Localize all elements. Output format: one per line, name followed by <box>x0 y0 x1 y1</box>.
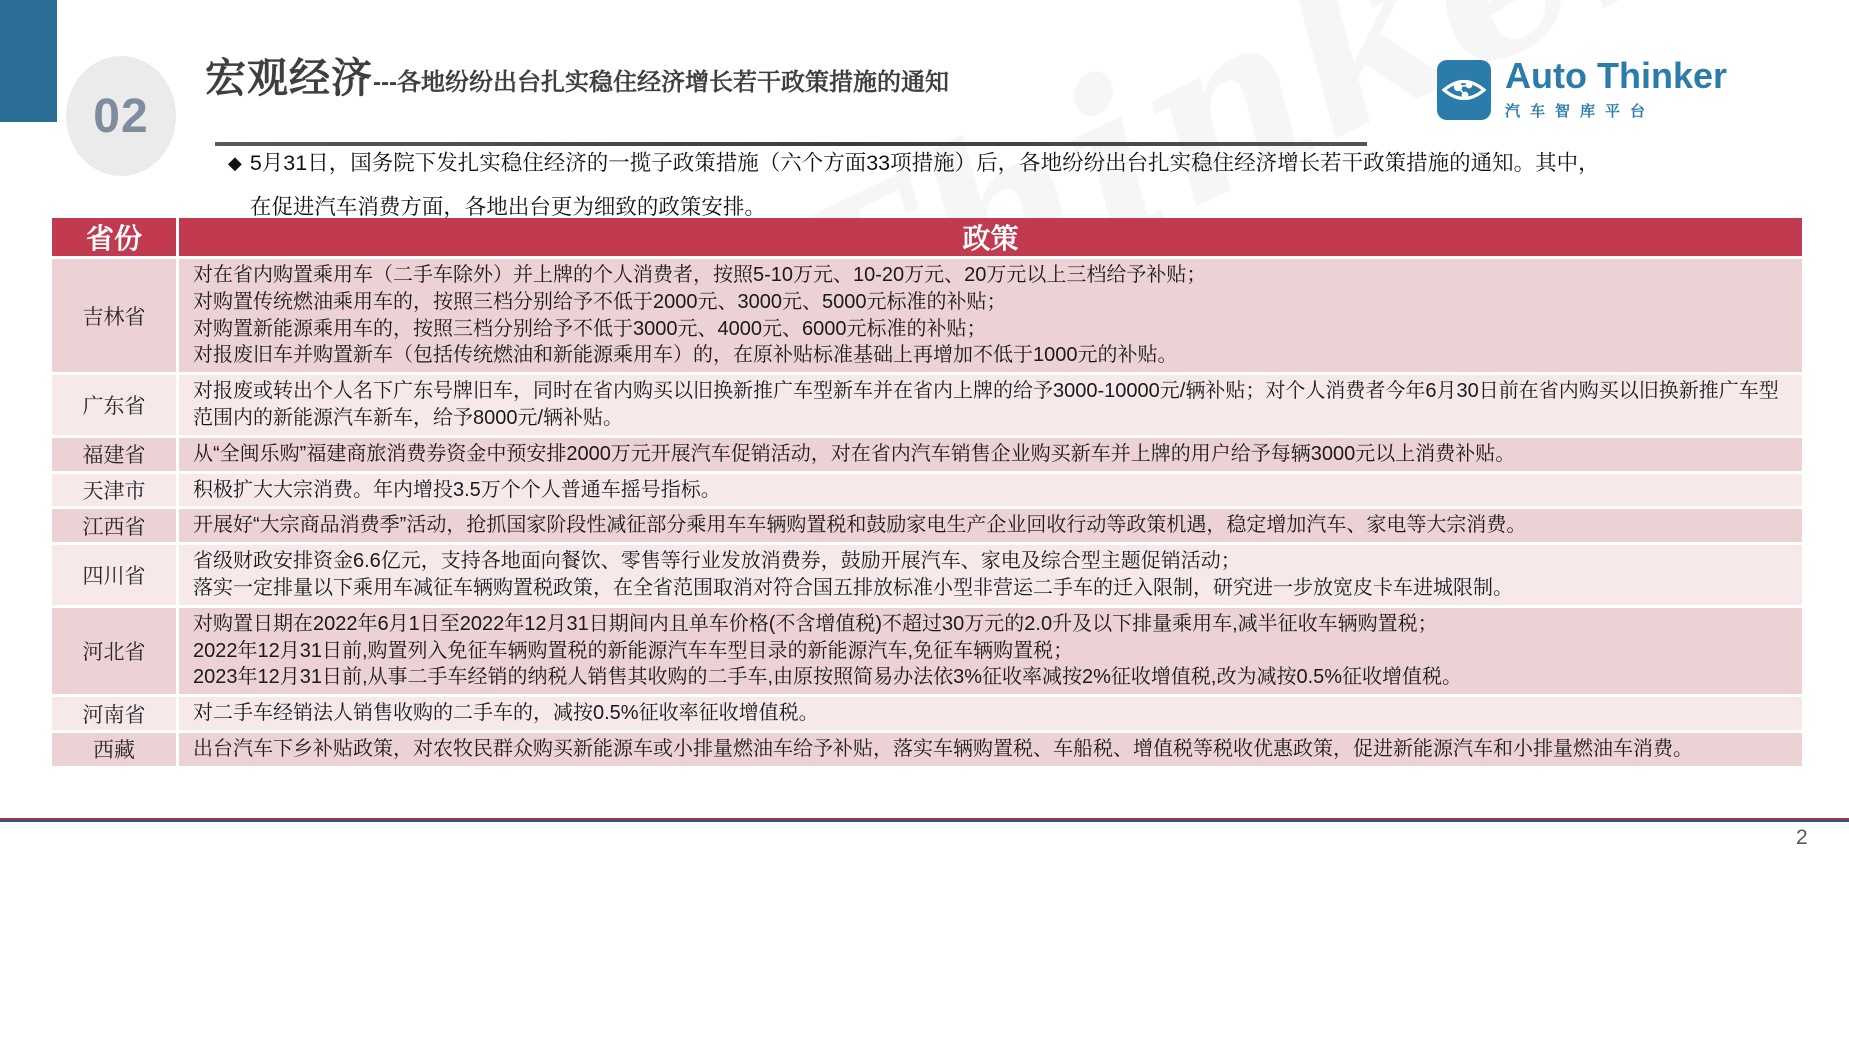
section-number-badge: 02 <box>66 56 176 176</box>
policy-table: 省份 政策 吉林省 对在省内购置乘用车（二手车除外）并上牌的个人消费者，按照5-… <box>52 218 1802 766</box>
table-row-province: 江西省 <box>52 509 176 542</box>
corner-accent-bar <box>0 0 57 122</box>
footer-divider <box>0 818 1849 822</box>
policy-line: 对购置日期在2022年6月1日至2022年12月31日期间内且单车价格(不含增值… <box>193 611 1788 638</box>
policy-line: 从“全闽乐购”福建商旅消费券资金中预安排2000万元开展汽车促销活动，对在省内汽… <box>193 441 1788 468</box>
page-header: 宏观经济 ---各地纷纷出台扎实稳住经济增长若干政策措施的通知 <box>205 58 949 99</box>
table-row-policy: 对在省内购置乘用车（二手车除外）并上牌的个人消费者，按照5-10万元、10-20… <box>179 259 1802 372</box>
table-header-policy: 政策 <box>179 218 1802 256</box>
slide: Auto Thinker 02 宏观经济 ---各地纷纷出台扎实稳住经济增长若干… <box>0 0 1849 1040</box>
policy-line: 出台汽车下乡补贴政策，对农牧民群众购买新能源车或小排量燃油车给予补贴，落实车辆购… <box>193 736 1788 763</box>
policy-line: 对报废或转出个人名下广东号牌旧车，同时在省内购买以旧换新推广车型新车并在省内上牌… <box>193 378 1788 432</box>
policy-line: 省级财政安排资金6.6亿元，支持各地面向餐饮、零售等行业发放消费券，鼓励开展汽车… <box>193 548 1788 575</box>
table-row-policy: 对购置日期在2022年6月1日至2022年12月31日期间内且单车价格(不含增值… <box>179 608 1802 694</box>
table-row-policy: 出台汽车下乡补贴政策，对农牧民群众购买新能源车或小排量燃油车给予补贴，落实车辆购… <box>179 733 1802 766</box>
policy-line: 开展好“大宗商品消费季”活动，抢抓国家阶段性减征部分乘用车车辆购置税和鼓励家电生… <box>193 512 1788 539</box>
table-row-province: 广东省 <box>52 375 176 435</box>
page-title: 宏观经济 <box>205 58 373 99</box>
logo-name: Auto Thinker <box>1505 58 1727 94</box>
table-row-policy: 积极扩大大宗消费。年内增投3.5万个个人普通车摇号指标。 <box>179 474 1802 507</box>
diamond-bullet-icon: ◆ <box>228 147 242 223</box>
logo-text: Auto Thinker 汽车智库平台 <box>1505 58 1727 121</box>
table-row-policy: 开展好“大宗商品消费季”活动，抢抓国家阶段性减征部分乘用车车辆购置税和鼓励家电生… <box>179 509 1802 542</box>
policy-line: 对购置新能源乘用车的，按照三档分别给予不低于3000元、4000元、6000元标… <box>193 316 1788 343</box>
brand-logo: Auto Thinker 汽车智库平台 <box>1437 58 1727 121</box>
title-underline <box>215 142 1367 146</box>
table-row-province: 吉林省 <box>52 259 176 372</box>
table-row-policy: 省级财政安排资金6.6亿元，支持各地面向餐饮、零售等行业发放消费券，鼓励开展汽车… <box>179 545 1802 605</box>
table-row-province: 四川省 <box>52 545 176 605</box>
intro-line-1: 5月31日，国务院下发扎实稳住经济的一揽子政策措施（六个方面33项措施）后，各地… <box>250 147 1600 179</box>
table-row-policy: 从“全闽乐购”福建商旅消费券资金中预安排2000万元开展汽车促销活动，对在省内汽… <box>179 438 1802 471</box>
policy-line: 对在省内购置乘用车（二手车除外）并上牌的个人消费者，按照5-10万元、10-20… <box>193 262 1788 289</box>
policy-line: 对购置传统燃油乘用车的，按照三档分别给予不低于2000元、3000元、5000元… <box>193 289 1788 316</box>
table-header-province: 省份 <box>52 218 176 256</box>
footer-divider-blue <box>0 820 1849 822</box>
table-row-province: 河北省 <box>52 608 176 694</box>
policy-line: 落实一定排量以下乘用车减征车辆购置税政策，在全省范围取消对符合国五排放标准小型非… <box>193 575 1788 602</box>
page-subtitle: ---各地纷纷出台扎实稳住经济增长若干政策措施的通知 <box>373 71 949 95</box>
intro-bullet: ◆ 5月31日，国务院下发扎实稳住经济的一揽子政策措施（六个方面33项措施）后，… <box>228 147 1600 223</box>
table-row-province: 河南省 <box>52 697 176 730</box>
policy-line: 积极扩大大宗消费。年内增投3.5万个个人普通车摇号指标。 <box>193 477 1788 504</box>
section-number: 02 <box>93 89 148 144</box>
table-row-province: 西藏 <box>52 733 176 766</box>
page-number: 2 <box>1796 826 1808 850</box>
table-row-policy: 对报废或转出个人名下广东号牌旧车，同时在省内购买以旧换新推广车型新车并在省内上牌… <box>179 375 1802 435</box>
logo-tagline: 汽车智库平台 <box>1505 100 1727 121</box>
table-row-province: 天津市 <box>52 474 176 507</box>
policy-line: 对报废旧车并购置新车（包括传统燃油和新能源乘用车）的，在原补贴标准基础上再增加不… <box>193 342 1788 369</box>
table-row-policy: 对二手车经销法人销售收购的二手车的，减按0.5%征收率征收增值税。 <box>179 697 1802 730</box>
policy-line: 2023年12月31日前,从事二手车经销的纳税人销售其收购的二手车,由原按照简易… <box>193 664 1788 691</box>
policy-line: 对二手车经销法人销售收购的二手车的，减按0.5%征收率征收增值税。 <box>193 700 1788 727</box>
policy-line: 2022年12月31日前,购置列入免征车辆购置税的新能源汽车车型目录的新能源汽车… <box>193 638 1788 665</box>
intro-text: 5月31日，国务院下发扎实稳住经济的一揽子政策措施（六个方面33项措施）后，各地… <box>250 147 1600 223</box>
table-row-province: 福建省 <box>52 438 176 471</box>
eye-icon <box>1437 60 1491 120</box>
